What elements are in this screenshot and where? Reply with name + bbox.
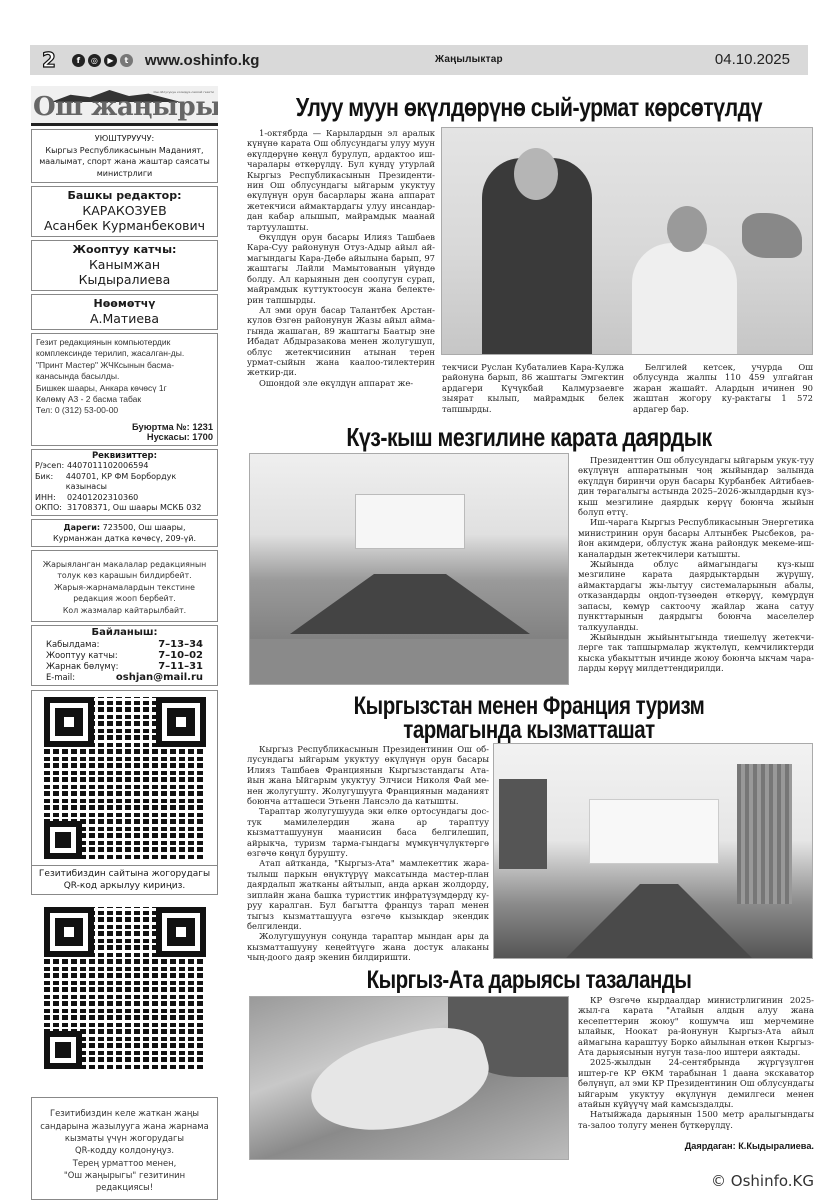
duty-label: Нөөмөтчү (32, 297, 217, 311)
article-1-photo (441, 127, 813, 355)
youtube-icon[interactable]: ▶ (104, 54, 117, 67)
article-1-title: Улуу муун өкүлдөрүнө сый-урмат көрсөтүлд… (295, 92, 762, 123)
article-3-body: Кыргыз Республикасынын Президентинин Ош … (247, 744, 489, 963)
subscribe-qr-box (31, 901, 218, 1075)
print-line: Тел: 0 (312) 53-00-00 (36, 405, 213, 416)
chief-editor-name: Асанбек Курманбекович (32, 218, 217, 233)
disclaimer-line: толук көз карашын билдирбейт. (34, 570, 215, 582)
site-qr-box (31, 690, 218, 866)
article-2-body: Президенттин Ош облусундагы ыйгарым укук… (578, 455, 814, 674)
requisite-row: Р/эсеп:4407011102006594 (35, 461, 214, 472)
email-link[interactable]: oshjan@mail.ru (116, 672, 203, 683)
print-info-box: Гезит редакциянын компьютердик комплекси… (31, 333, 218, 446)
site-url[interactable]: www.oshinfo.kg (145, 52, 259, 69)
article-2-title: Күз-кыш мезгилине карата даярдык (295, 422, 762, 453)
contacts-box: Байланыш: Кабылдама:7–13–34 Жооптуу катч… (31, 625, 218, 686)
contact-row: Кабылдама:7–13–34 (32, 639, 217, 650)
disclaimer-box: Жарыяланган макалалар редакциянын толук … (31, 550, 218, 623)
address-label: Дареги: (63, 523, 100, 532)
disclaimer-line: Жарыя-жарнамалардын текстине (34, 582, 215, 594)
section-name: Жаңылыктар (435, 54, 503, 65)
issue-date: 04.10.2025 (715, 51, 790, 68)
contact-row: E-mail:oshjan@mail.ru (32, 672, 217, 683)
requisites-label: Реквизиттер: (35, 451, 214, 462)
print-line: Гезит редакциянын компьютердик комплекси… (36, 337, 213, 383)
secretary-box: Жооптуу катчы: Канымжан Кыдыралиева (31, 240, 218, 291)
order-number: Буюртма №: 1231 (36, 422, 213, 433)
masthead-title: Ош жаңырыгы (33, 92, 218, 122)
twitter-icon[interactable]: t (120, 54, 133, 67)
requisite-row: ИНН:02401202310360 (35, 493, 214, 504)
requisite-row: ОКПО:31708371, Ош шаары МСКБ 032 (35, 503, 214, 514)
duty-name: А.Матиева (32, 311, 217, 326)
disclaimer-line: редакция жооп бербейт. (34, 593, 215, 605)
chief-editor-box: Башкы редактор: КАРАКОЗУЕВ Асанбек Курма… (31, 186, 218, 237)
article-4-photo (249, 996, 569, 1160)
requisites-box: Реквизиттер: Р/эсеп:4407011102006594 Бик… (31, 449, 218, 516)
contact-row: Жарнак бөлүмү:7–11–31 (32, 661, 217, 672)
founder-label: УЮШТУРУУЧУ: (34, 133, 215, 145)
secretary-name-first: Канымжан (32, 257, 217, 272)
instagram-icon[interactable]: ◎ (88, 54, 101, 67)
copies-count: Нускасы: 1700 (36, 432, 213, 443)
page-header-bar: 2 f ◎ ▶ t www.oshinfo.kg Жаңылыктар 04.1… (30, 45, 808, 75)
article-4-byline: Даярдаган: К.Кыдыралиева. (578, 1141, 814, 1151)
contacts-label: Байланыш: (32, 627, 217, 639)
article-1-body: 1-октябрда — Карылардын эл аралык күнүнө… (247, 128, 435, 388)
address-box: Дареги: 723500, Ош шаары, Курманжан датк… (31, 519, 218, 547)
sidebar-imprint: Ош облусунун коомдук-саясий гезити Ош жа… (31, 86, 218, 1200)
disclaimer-line: Кол жазмалар кайтарылбайт. (34, 605, 215, 617)
article-1-body-cont: текчиси Руслан Кубаталиев Кара-Кулжа рай… (442, 362, 624, 414)
founder-box: УЮШТУРУУЧУ: Кыргыз Республикасынын Мадан… (31, 129, 218, 183)
address-line: 723500, Ош шаары, (103, 523, 186, 532)
article-1-body-end: Белгилей кетсек, учурда Ош облусунда жал… (633, 362, 813, 414)
secretary-name-last: Кыдыралиева (32, 272, 217, 287)
chief-editor-label: Башкы редактор: (32, 189, 217, 203)
masthead-logo: Ош облусунун коомдук-саясий гезити Ош жа… (31, 86, 218, 126)
site-qr-caption: Гезитибиздин сайтына жогорудагы QR-код а… (31, 866, 218, 895)
contact-row: Жооптуу катчы:7–10–02 (32, 650, 217, 661)
subscribe-qr-code-icon[interactable] (44, 907, 206, 1069)
duty-box: Нөөмөтчү А.Матиева (31, 294, 218, 330)
article-3-title: Кыргызстан менен Франция туризм тармагын… (295, 694, 762, 742)
chief-editor-surname: КАРАКОЗУЕВ (32, 203, 217, 218)
facebook-icon[interactable]: f (72, 54, 85, 67)
copyright-watermark: © Oshinfo.KG (711, 1172, 814, 1190)
article-4-body: КР Өзгөчө кырдаалдар министрлигинин 2025… (578, 995, 814, 1130)
subscribe-note: Гезитибиздин келе жаткан жаңы сандарына … (31, 1097, 218, 1200)
secretary-label: Жооптуу катчы: (32, 243, 217, 257)
address-line: Курманжан датка көчөсү, 209-үй. (34, 533, 215, 544)
page-number: 2 (42, 48, 56, 72)
disclaimer-line: Жарыяланган макалалар редакциянын (34, 559, 215, 571)
print-line: Бишкек шаары, Анкара көчөсү 1г (36, 383, 213, 394)
requisite-row: Бик:440701, КР ФМ Борбордук казынасы (35, 472, 214, 493)
founder-text: Кыргыз Республикасынын Маданият, маалыма… (34, 145, 215, 180)
site-qr-code-icon[interactable] (44, 697, 206, 859)
print-line: Көлөмү А3 - 2 басма табак (36, 394, 213, 405)
article-3-photo (493, 743, 813, 959)
article-4-title: Кыргыз-Ата дарыясы тазаланды (295, 966, 762, 995)
article-2-photo (249, 453, 569, 685)
social-icons: f ◎ ▶ t (72, 54, 133, 67)
